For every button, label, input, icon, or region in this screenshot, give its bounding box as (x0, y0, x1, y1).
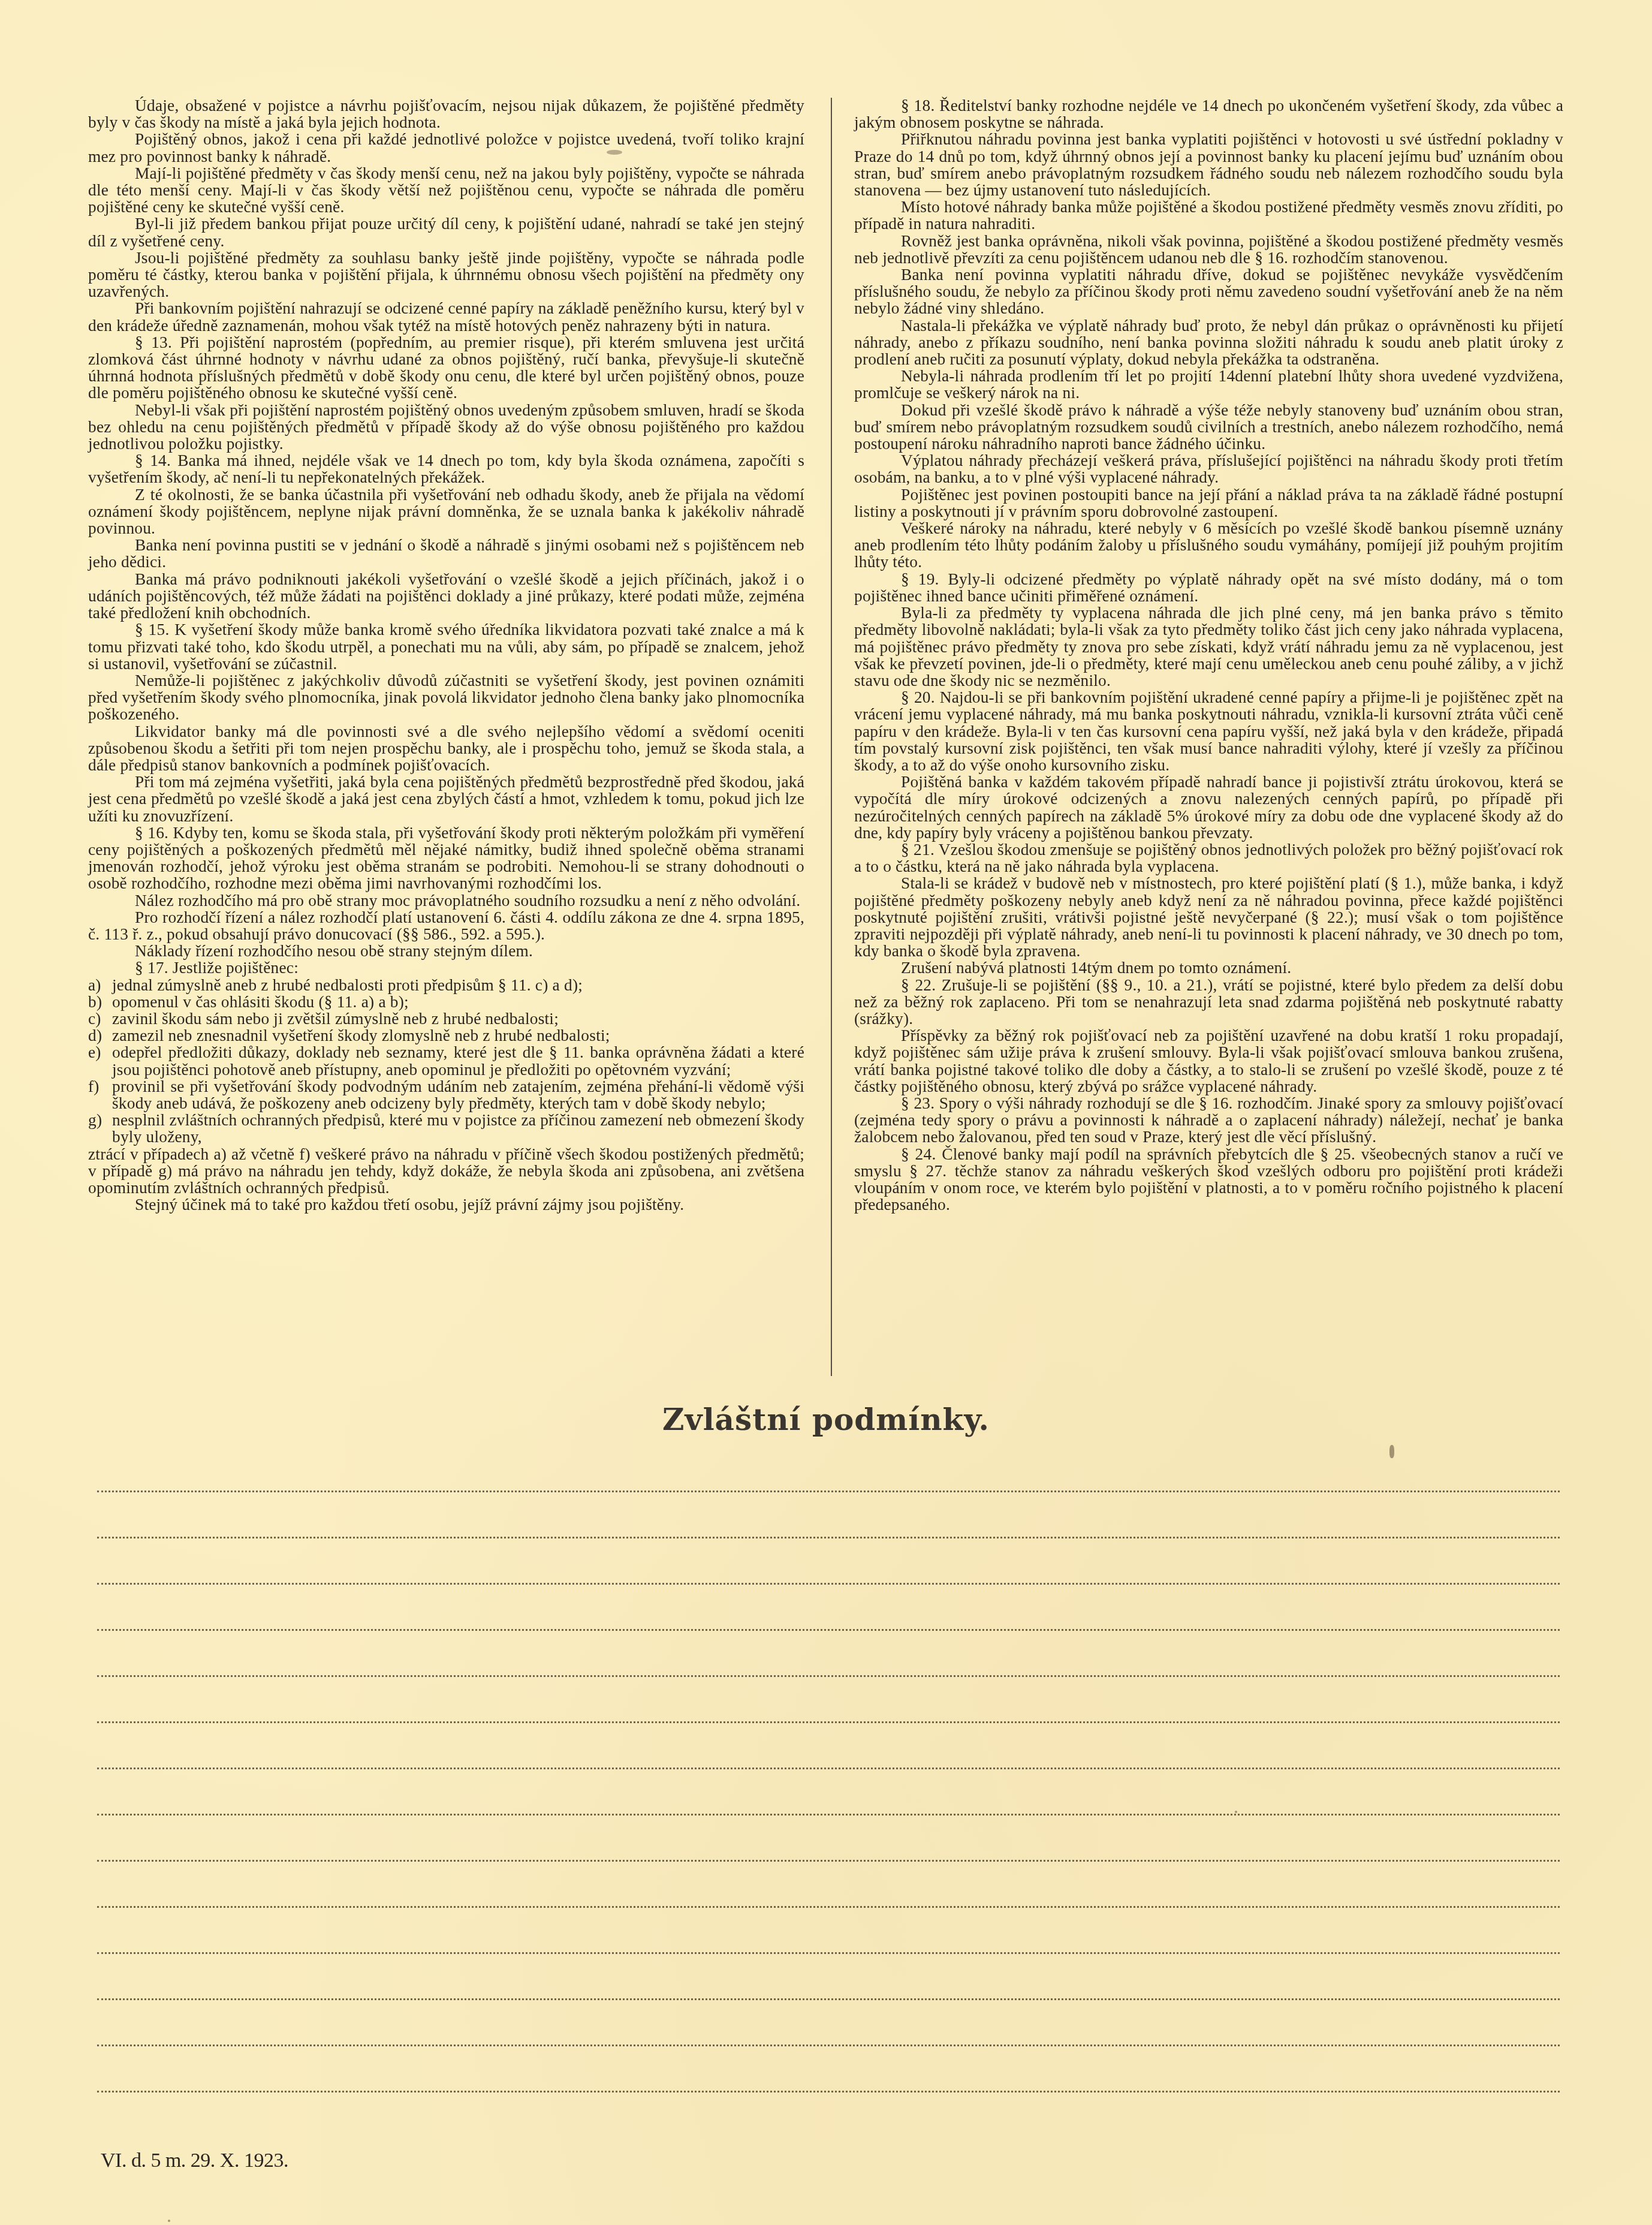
paragraph: § 22. Zrušuje-li se pojištění (§§ 9., 10… (854, 977, 1563, 1028)
paragraph: Mají-li pojištěné předměty v čas škody m… (88, 165, 804, 216)
list-marker: g) (88, 1112, 112, 1128)
paragraph: § 23. Spory o výši náhrady rozhodují se … (854, 1095, 1563, 1146)
scan-speck (168, 2220, 170, 2222)
paragraph: Místo hotové náhrady banka může pojištěn… (854, 198, 1563, 232)
paragraph: Nález rozhodčího má pro obě strany moc p… (88, 892, 804, 909)
list-item: e)odepřel předložiti důkazy, doklady neb… (88, 1044, 804, 1077)
paragraph: Jsou-li pojištěné předměty za souhlasu b… (88, 249, 804, 300)
blank-fill-line[interactable] (97, 1675, 1560, 1677)
paragraph: Nemůže-li pojištěnec z jakýchkoliv důvod… (88, 672, 804, 723)
paragraph: Banka není povinna pustiti se v jednání … (88, 537, 804, 570)
paragraph: Likvidator banky má dle povinnosti své a… (88, 723, 804, 774)
blank-fill-line[interactable] (97, 1537, 1560, 1538)
blank-fill-line[interactable] (97, 1583, 1560, 1585)
blank-fill-line[interactable] (97, 1768, 1560, 1769)
list-text: zavinil škodu sám nebo ji zvětšil zúmysl… (112, 1010, 559, 1028)
print-code: VI. d. 5 m. 29. X. 1923. (101, 2149, 288, 2172)
paragraph: Pro rozhodčí řízení a nález rozhodčí pla… (88, 909, 804, 943)
list-marker: a) (88, 977, 112, 993)
special-conditions-blank-lines[interactable] (97, 1491, 1560, 2137)
list-marker: d) (88, 1027, 112, 1044)
paragraph: Banka není povinna vyplatiti náhradu dří… (854, 266, 1563, 317)
special-conditions-heading: Zvláštní podmínky. (0, 1402, 1652, 1437)
list-text: provinil se při vyšetřování škody podvod… (112, 1077, 804, 1112)
list-text: zamezil neb znesnadnil vyšetření škody z… (112, 1026, 610, 1044)
paragraph: § 17. Jestliže pojištěnec: (88, 959, 804, 976)
blank-fill-line[interactable] (97, 2091, 1560, 2092)
paragraph: § 14. Banka má ihned, nejdéle však ve 14… (88, 452, 804, 486)
list-marker: c) (88, 1010, 112, 1027)
paragraph: Rovněž jest banka oprávněna, nikoli však… (854, 233, 1563, 266)
blank-fill-line[interactable] (97, 1629, 1560, 1631)
paragraph: § 18. Ředitelství banky rozhodne nejdéle… (854, 97, 1563, 131)
paragraph: Nebyl-li však při pojištění naprostém po… (88, 402, 804, 453)
scan-speck (1235, 1811, 1237, 1813)
list-item: a)jednal zúmyslně aneb z hrubé nedbalost… (88, 977, 804, 993)
paragraph: Stala-li se krádež v budově neb v místno… (854, 875, 1563, 959)
paragraph: Pojištěný obnos, jakož i cena při každé … (88, 131, 804, 164)
paragraph: Údaje, obsažené v pojistce a návrhu poji… (88, 97, 804, 131)
paragraph: Stejný účinek má to také pro každou třet… (88, 1196, 804, 1213)
paragraph: Byl-li již předem bankou přijat pouze ur… (88, 215, 804, 249)
blank-fill-line[interactable] (97, 1860, 1560, 1862)
paragraph: Byla-li za předměty ty vyplacena náhrada… (854, 604, 1563, 689)
paragraph: Zrušení nabývá platnosti 14tým dnem po t… (854, 959, 1563, 976)
list-text: jednal zúmyslně aneb z hrubé nedbalosti … (112, 976, 583, 994)
blank-fill-line[interactable] (97, 1998, 1560, 2000)
paragraph: § 21. Vzešlou škodou zmenšuje se pojiště… (854, 841, 1563, 875)
paragraph: Pojištěná banka v každém takovém případě… (854, 773, 1563, 841)
paragraph: Při bankovním pojištění nahrazují se odc… (88, 300, 804, 333)
blank-fill-line[interactable] (97, 1814, 1560, 1815)
document-page: Údaje, obsažené v pojistce a návrhu poji… (0, 0, 1652, 2225)
paragraph: § 16. Kdyby ten, komu se škoda stala, př… (88, 824, 804, 892)
paragraph: Náklady řízení rozhodčího nesou obě stra… (88, 943, 804, 959)
list-text: opomenul v čas ohlásiti škodu (§ 11. a) … (112, 993, 409, 1011)
column-divider (831, 98, 832, 1376)
paragraph: Nastala-li překážka ve výplatě náhrady b… (854, 317, 1563, 368)
list-marker: b) (88, 993, 112, 1010)
paragraph: Při tom má zejména vyšetřiti, jaká byla … (88, 773, 804, 824)
list-marker: f) (88, 1078, 112, 1095)
scan-speck (607, 150, 622, 155)
list-item: b)opomenul v čas ohlásiti škodu (§ 11. a… (88, 993, 804, 1010)
paragraph: § 13. Při pojištění naprostém (popředním… (88, 334, 804, 402)
blank-fill-line[interactable] (97, 1952, 1560, 1954)
paragraph: § 19. Byly-li odcizené předměty po výpla… (854, 571, 1563, 604)
list-item: f)provinil se při vyšetřování škody podv… (88, 1078, 804, 1112)
paragraph: § 15. K vyšetření škody může banka kromě… (88, 621, 804, 672)
paragraph: Veškeré nároky na náhradu, které nebyly … (854, 520, 1563, 571)
list-marker: e) (88, 1044, 112, 1061)
list-item: c)zavinil škodu sám nebo ji zvětšil zúmy… (88, 1010, 804, 1027)
paragraph: Z té okolnosti, že se banka účastnila př… (88, 486, 804, 537)
paragraph: Pojištěnec jest povinen postoupiti bance… (854, 486, 1563, 520)
blank-fill-line[interactable] (97, 1491, 1560, 1492)
right-column: § 18. Ředitelství banky rozhodne nejdéle… (854, 97, 1563, 1213)
list-item: d)zamezil neb znesnadnil vyšetření škody… (88, 1027, 804, 1044)
paragraph: § 24. Členové banky mají podíl na správn… (854, 1146, 1563, 1214)
paragraph: Dokud při vzešlé škodě právo k náhradě a… (854, 402, 1563, 453)
paragraph: Přiřknutou náhradu povinna jest banka vy… (854, 131, 1563, 198)
list-item: g)nesplnil zvláštních ochranných předpis… (88, 1112, 804, 1145)
paragraph: Příspěvky za běžný rok pojišťovací neb z… (854, 1027, 1563, 1095)
paragraph: ztrácí v případech a) až včetně f) veške… (88, 1146, 804, 1197)
paragraph: Nebyla-li náhrada prodlením tří let po p… (854, 368, 1563, 401)
left-column: Údaje, obsažené v pojistce a návrhu poji… (88, 97, 804, 1213)
blank-fill-line[interactable] (97, 1721, 1560, 1723)
paragraph: Výplatou náhrady přecházejí veškerá práv… (854, 452, 1563, 486)
blank-fill-line[interactable] (97, 2045, 1560, 2046)
blank-fill-line[interactable] (97, 1906, 1560, 1908)
paragraph: § 20. Najdou-li se při bankovním pojiště… (854, 689, 1563, 773)
paragraph: Banka má právo podniknouti jakékoli vyše… (88, 571, 804, 622)
list-text: odepřel předložiti důkazy, doklady neb s… (112, 1043, 804, 1078)
list-text: nesplnil zvláštních ochranných předpisů,… (112, 1111, 804, 1146)
scan-speck (1389, 1445, 1394, 1458)
